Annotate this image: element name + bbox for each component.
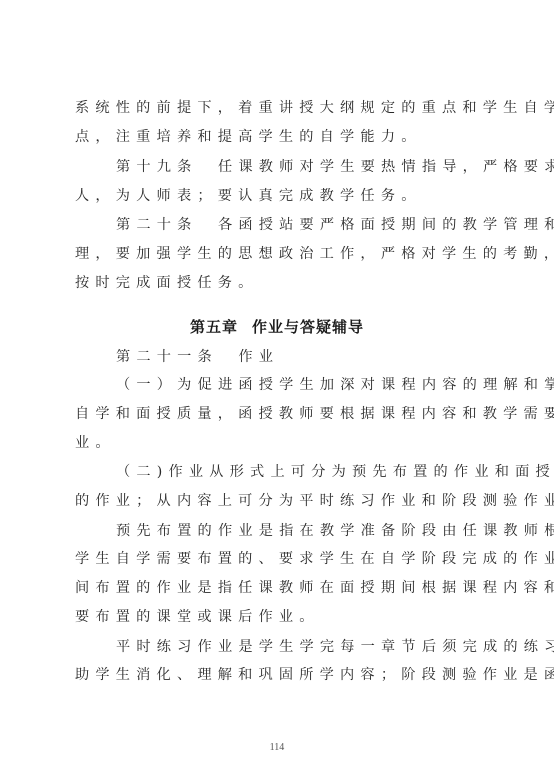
text-line: 间布置的作业是指任课教师在面授期间根据课程内容和教学需 [75,577,485,599]
article-20-line: 第二十条 各函授站要严格面授期间的教学管理和学生管 [116,214,526,236]
chapter-title: 作业与答疑辅导 [252,318,364,336]
page-number: 114 [0,742,554,753]
text-line: 自学和面授质量，函授教师要根据课程内容和教学需要布置作 [75,403,485,425]
clause-2-line: （二)作业从形式上可分为预先布置的作业和面授期间布置 [116,461,526,483]
paragraph-line: 预先布置的作业是指在教学准备阶段由任课教师根据函授 [116,520,526,542]
text-line: 人，为人师表；要认真完成教学任务。 [75,185,485,207]
article-21-heading: 第二十一条 作业 [116,346,526,368]
text-line: 点，注重培养和提高学生的自学能力。 [75,126,485,148]
text-line: 的作业；从内容上可分为平时练习作业和阶段测验作业。 [75,490,485,512]
text-line: 学生自学需要布置的、要求学生在自学阶段完成的作业；面授期 [75,548,485,570]
document-page: 系统性的前提下，着重讲授大纲规定的重点和学生自学中的难 点，注重培养和提高学生的… [0,0,554,783]
chapter-number: 第五章 [190,318,238,336]
text-line: 要布置的课堂或课后作业。 [75,606,485,628]
text-line: 按时完成面授任务。 [75,272,485,294]
chapter-heading: 第五章作业与答疑辅导 [0,316,554,338]
text-line: 业。 [75,432,485,454]
paragraph-line: 平时练习作业是学生学完每一章节后须完成的练习，用以帮 [116,636,526,658]
text-line: 系统性的前提下，着重讲授大纲规定的重点和学生自学中的难 [75,97,485,119]
article-19-line: 第十九条 任课教师对学生要热情指导，严格要求，教书育 [116,156,526,178]
text-line: 理，要加强学生的思想政治工作，严格对学生的考勤，督促学生 [75,243,485,265]
text-line: 助学生消化、理解和巩固所学内容；阶段测验作业是函授学生学 [75,664,485,686]
clause-1-line: （一）为促进函授学生加深对课程内容的理解和掌握，保证 [116,374,526,396]
